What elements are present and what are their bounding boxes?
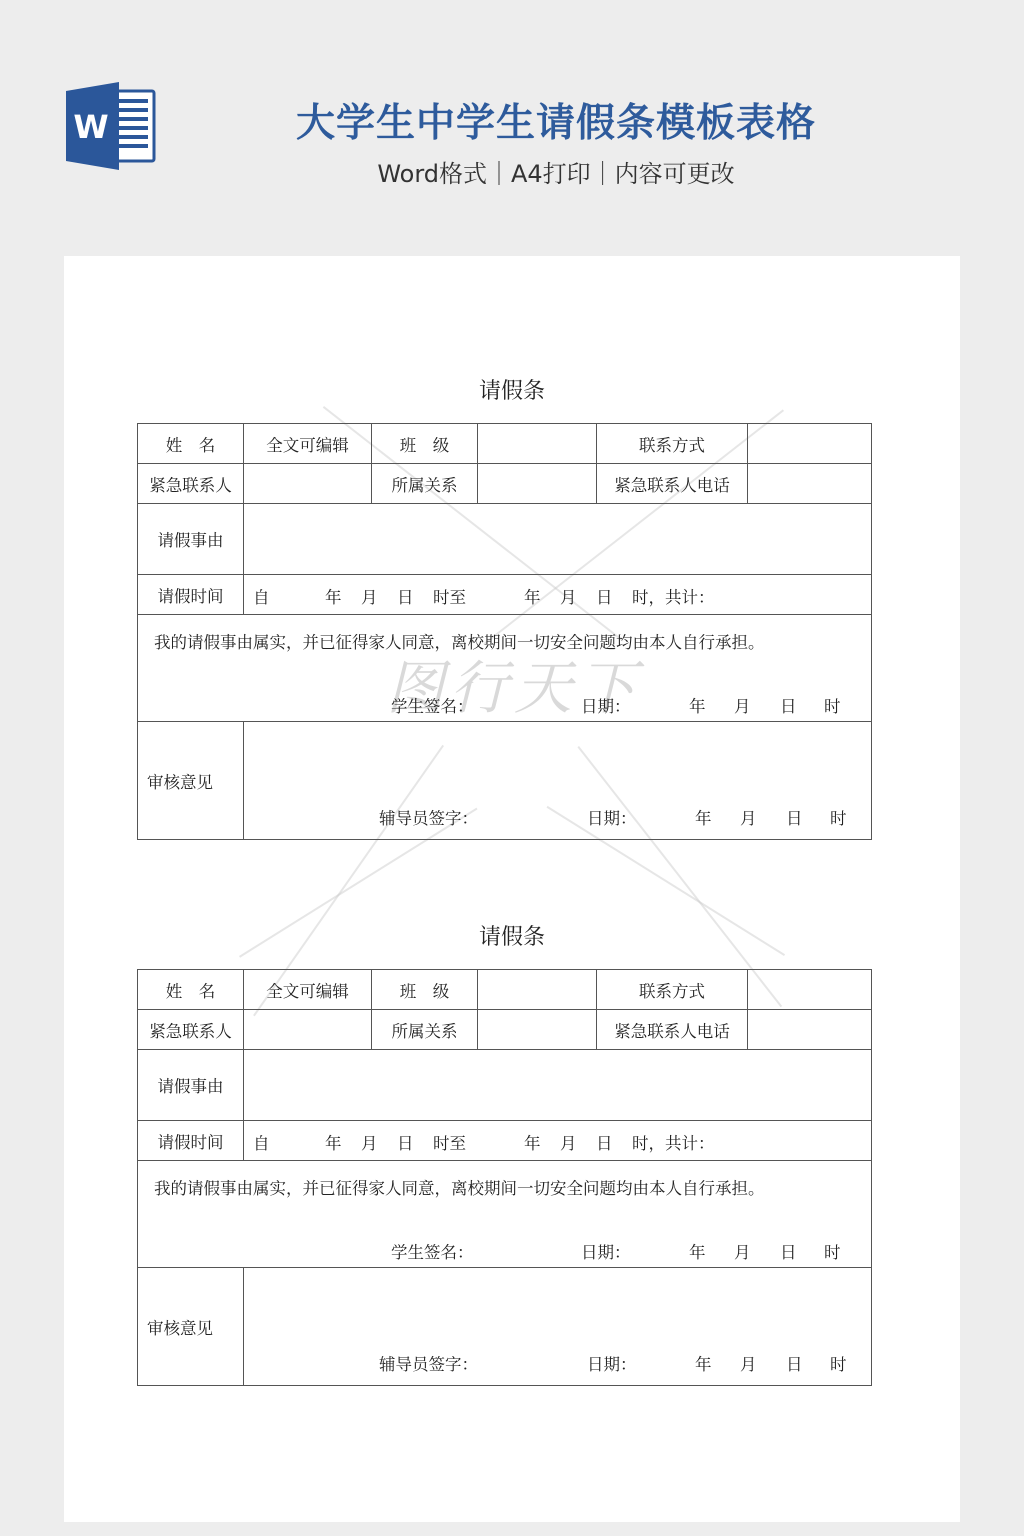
- student-sign-line[interactable]: 学生签名： 日期： 年 月 日 时: [138, 1239, 872, 1263]
- name-label: 姓 名: [138, 424, 244, 464]
- emergency-phone-field[interactable]: [748, 464, 872, 504]
- relation-label: 所属关系: [372, 1010, 478, 1050]
- student-sign-line[interactable]: 学生签名： 日期： 年 月 日 时: [138, 693, 872, 717]
- class-field[interactable]: [478, 424, 597, 464]
- relation-field[interactable]: [478, 1010, 597, 1050]
- class-field[interactable]: [478, 970, 597, 1010]
- document-page: 图行天下 请假条 姓 名 全文可编辑 班 级 联系方式 紧急联系人 所属关系 紧…: [64, 256, 960, 1522]
- counselor-sign-label: 辅导员签字：: [379, 1351, 478, 1375]
- pledge-cell: 我的请假事由属实，并已征得家人同意，离校期间一切安全问题均由本人自行承担。 学生…: [138, 1161, 872, 1268]
- contact-field[interactable]: [748, 970, 872, 1010]
- slip-title: 请假条: [64, 374, 960, 405]
- review-label: 审核意见: [138, 722, 244, 840]
- time-field[interactable]: 自 年 月 日 时至 年 月 日 时，共计：: [244, 575, 872, 615]
- date-label: 日期：: [581, 1239, 631, 1263]
- relation-field[interactable]: [478, 464, 597, 504]
- time-label: 请假时间: [138, 1121, 244, 1161]
- review-field[interactable]: 辅导员签字： 日期： 年 月 日 时: [244, 722, 872, 840]
- name-field[interactable]: 全文可编辑: [244, 424, 372, 464]
- date-label: 日期：: [587, 1351, 637, 1375]
- word-icon: W: [66, 82, 156, 170]
- emergency-contact-field[interactable]: [244, 464, 372, 504]
- pledge-text: 我的请假事由属实，并已征得家人同意，离校期间一切安全问题均由本人自行承担。: [154, 629, 765, 653]
- date-label: 日期：: [587, 805, 637, 829]
- name-field[interactable]: 全文可编辑: [244, 970, 372, 1010]
- leave-form-table: 姓 名 全文可编辑 班 级 联系方式 紧急联系人 所属关系 紧急联系人电话 请假…: [137, 423, 872, 840]
- counselor-sign-line: 辅导员签字： 日期： 年 月 日 时: [244, 1351, 870, 1375]
- counselor-sign-label: 辅导员签字：: [379, 805, 478, 829]
- emergency-phone-label: 紧急联系人电话: [597, 1010, 748, 1050]
- time-field[interactable]: 自 年 月 日 时至 年 月 日 时，共计：: [244, 1121, 872, 1161]
- student-sign-label: 学生签名：: [391, 693, 474, 717]
- page-title: 大学生中学生请假条模板表格: [280, 92, 832, 148]
- page-header: W 大学生中学生请假条模板表格 Word格式｜A4打印｜内容可更改: [0, 0, 1024, 250]
- class-label: 班 级: [372, 424, 478, 464]
- reason-field[interactable]: [244, 1050, 872, 1121]
- date-label: 日期：: [581, 693, 631, 717]
- reason-label: 请假事由: [138, 1050, 244, 1121]
- student-sign-label: 学生签名：: [391, 1239, 474, 1263]
- svg-text:W: W: [73, 108, 108, 146]
- contact-label: 联系方式: [597, 970, 748, 1010]
- emergency-contact-label: 紧急联系人: [138, 1010, 244, 1050]
- class-label: 班 级: [372, 970, 478, 1010]
- contact-label: 联系方式: [597, 424, 748, 464]
- time-label: 请假时间: [138, 575, 244, 615]
- emergency-contact-field[interactable]: [244, 1010, 372, 1050]
- page-subtitle: Word格式｜A4打印｜内容可更改: [280, 154, 832, 189]
- review-label: 审核意见: [138, 1268, 244, 1386]
- name-label: 姓 名: [138, 970, 244, 1010]
- pledge-text: 我的请假事由属实，并已征得家人同意，离校期间一切安全问题均由本人自行承担。: [154, 1175, 765, 1199]
- emergency-phone-label: 紧急联系人电话: [597, 464, 748, 504]
- contact-field[interactable]: [748, 424, 872, 464]
- reason-field[interactable]: [244, 504, 872, 575]
- pledge-cell: 我的请假事由属实，并已征得家人同意，离校期间一切安全问题均由本人自行承担。 学生…: [138, 615, 872, 722]
- emergency-phone-field[interactable]: [748, 1010, 872, 1050]
- relation-label: 所属关系: [372, 464, 478, 504]
- reason-label: 请假事由: [138, 504, 244, 575]
- review-field[interactable]: 辅导员签字： 日期： 年 月 日 时: [244, 1268, 872, 1386]
- emergency-contact-label: 紧急联系人: [138, 464, 244, 504]
- slip-title: 请假条: [64, 920, 960, 951]
- leave-form-table: 姓 名 全文可编辑 班 级 联系方式 紧急联系人 所属关系 紧急联系人电话 请假…: [137, 969, 872, 1386]
- counselor-sign-line: 辅导员签字： 日期： 年 月 日 时: [244, 805, 870, 829]
